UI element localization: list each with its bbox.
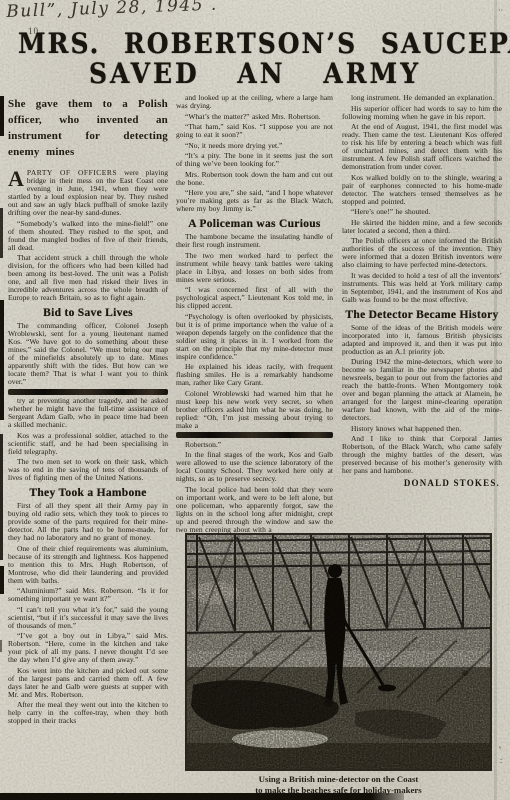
- paragraph: Kos walked boldly on to the shingle, wea…: [342, 174, 502, 206]
- photo: [185, 533, 492, 771]
- paragraph: First of all they spent all their Army p…: [8, 502, 168, 542]
- section-subhead: They Took a Hambone: [8, 487, 168, 499]
- paragraph: History knows what happened then.: [342, 425, 502, 433]
- ink-smudge: [8, 389, 168, 395]
- photo-caption-line-1: Using a British mine-detector on the Coa…: [185, 774, 492, 785]
- scan-artifact-edge-mark: [0, 208, 3, 258]
- paragraph: “Here you are,” she said, “and I hope wh…: [176, 189, 333, 213]
- scan-artifact-edge-mark: [0, 566, 4, 594]
- article-column-middle: and looked up at the ceiling, where a la…: [176, 94, 333, 534]
- paragraph: “It’s a pity. The bone in it seems just …: [176, 152, 333, 168]
- paragraph: One of their chief requirements was alum…: [8, 545, 168, 585]
- paragraph: After the meal they went out into the ki…: [8, 701, 168, 725]
- paragraph: In the final stages of the work, Kos and…: [176, 451, 333, 483]
- paragraph: He skirted the hidden mine, and a few se…: [342, 219, 502, 235]
- scan-artifact-crease: [494, 0, 497, 800]
- paragraph: He explained his ideas racily, with freq…: [176, 363, 333, 387]
- paragraph: The commanding officer, Colonel Joseph W…: [8, 322, 168, 386]
- section-subhead: The Detector Became History: [342, 309, 502, 321]
- newspaper-page: Bull”, July 28, 1945 . 10 MRS. ROBERTSON…: [0, 0, 510, 800]
- paragraph: At the end of August, 1941, the first mo…: [342, 123, 502, 171]
- paragraph: try at preventing another tragedy, and h…: [8, 397, 168, 429]
- article-column-right: long instrument. He demanded an explanat…: [342, 94, 502, 534]
- photo-caption: Using a British mine-detector on the Coa…: [185, 774, 492, 795]
- paragraph: The two men worked hard to perfect the i…: [176, 252, 333, 284]
- paragraph: “That ham,” said Kos. “I suppose you are…: [176, 123, 333, 139]
- lead-paragraph: APARTY OF OFFICERS were playing bridge i…: [8, 169, 168, 217]
- headline-line-2: SAVED AN ARMY: [18, 57, 492, 89]
- paragraph: “I can’t tell you what it’s for,” said t…: [8, 606, 168, 630]
- paragraph: “No, it needs more drying yet.”: [176, 142, 333, 150]
- paragraph: His superior officer had words to say to…: [342, 105, 502, 121]
- paragraph: “I’ve got a boy out in Libya,” said Mrs.…: [8, 632, 168, 664]
- paragraph: And I like to think that Corporal James …: [342, 435, 502, 475]
- scan-artifact-edge-mark: [0, 434, 3, 560]
- paragraph: The Polish officers at once informed the…: [342, 237, 502, 269]
- paragraph: The two men set to work on their task, w…: [8, 458, 168, 482]
- paragraph: During 1942 the mine-detectors, which we…: [342, 358, 502, 422]
- section-subhead: Bid to Save Lives: [8, 307, 168, 319]
- headline-line-1: MRS. ROBERTSON’S SAUCEPANS: [18, 27, 492, 59]
- paragraph: Kos went into the kitchen and picked out…: [8, 667, 168, 699]
- article-column-left: She gave them to a Polish officer, who i…: [8, 94, 168, 796]
- paragraph: “Somebody’s walked into the mine-field!”…: [8, 220, 168, 252]
- paragraph: “What’s the matter?” asked Mrs. Robertso…: [176, 113, 333, 121]
- paragraph: Some of the ideas of the British models …: [342, 324, 502, 356]
- scan-artifact-speck: ··: [498, 6, 503, 15]
- headline: MRS. ROBERTSON’S SAUCEPANS SAVED AN ARMY: [18, 29, 492, 88]
- scan-artifact-speck: :: [500, 756, 502, 765]
- drop-cap-letter: A: [8, 170, 24, 187]
- paragraph: “Aluminium?” said Mrs. Robertson. “Is it…: [8, 587, 168, 603]
- author-byline: DONALD STOKES.: [342, 478, 500, 488]
- handwritten-date-annotation: Bull”, July 28, 1945 .: [6, 0, 218, 22]
- ink-smudge: [176, 432, 333, 438]
- paragraph: That accident struck a chill through the…: [8, 254, 168, 302]
- section-subhead: A Policeman was Curious: [176, 218, 333, 230]
- paragraph: and looked up at the ceiling, where a la…: [176, 94, 333, 110]
- lead-words: PARTY OF OFFICERS: [27, 168, 117, 177]
- paragraph: “Here’s one!” he shouted.: [342, 208, 502, 216]
- scan-artifact-bottom-bar: [0, 793, 404, 800]
- paragraph: Robertson.”: [176, 441, 333, 449]
- paragraph: Kos was a professional soldier, attached…: [8, 432, 168, 456]
- scan-artifact-edge-mark: [0, 300, 4, 420]
- paragraph: “Psychology is often overlooked by physi…: [176, 313, 333, 361]
- paragraph: The hambone became the insulating handle…: [176, 233, 333, 249]
- scan-artifact-edge-mark: [0, 96, 4, 136]
- mine-detector-photo-illustration: [185, 533, 492, 771]
- paragraph: Colonel Wroblewski had warned him that h…: [176, 390, 333, 430]
- paragraph: “I was concerned first of all with the p…: [176, 286, 333, 310]
- standfirst: She gave them to a Polish officer, who i…: [8, 96, 168, 160]
- paragraph: Mrs. Robertson took down the ham and cut…: [176, 171, 333, 187]
- scan-artifact-edge-mark: [0, 640, 2, 652]
- scan-artifact-speck: ᵛ: [499, 744, 501, 753]
- paragraph: long instrument. He demanded an explanat…: [342, 94, 502, 102]
- paragraph: The local police had been told that they…: [176, 486, 333, 534]
- paragraph: It was decided to hold a test of all the…: [342, 272, 502, 304]
